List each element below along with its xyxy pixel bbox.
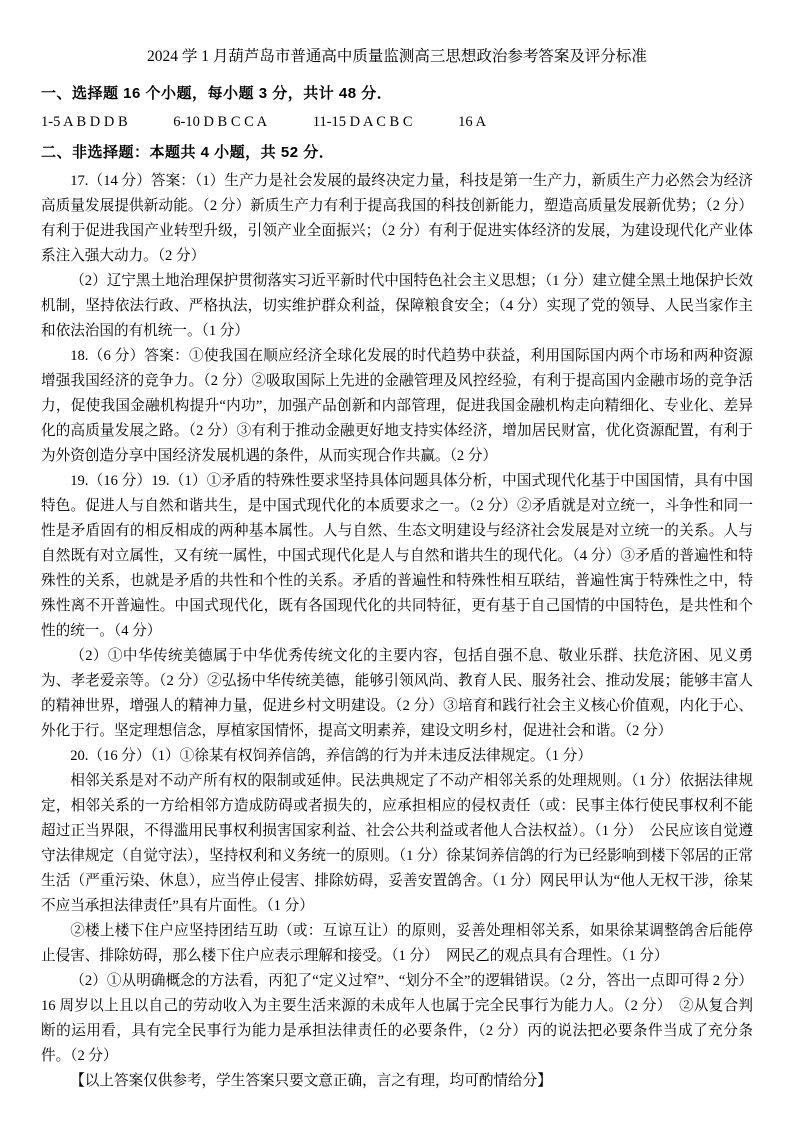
answer-17-part1: 17.（14 分）答案：（1）生产力是社会发展的最终决定力量，科技是第一生产力，… [41, 169, 753, 269]
document-title: 2024 学 1 月葫芦岛市普通高中质量监测高三思想政治参考答案及评分标准 [41, 46, 753, 68]
section1-heading: 一、选择题 16 个小题，每小题 3 分，共计 48 分． [41, 81, 753, 106]
answer-19-part2: （2）①中华传统美德属于中华优秀传统文化的主要内容，包括自强不息、敬业乐群、扶危… [41, 644, 753, 744]
answer-17-part2: （2）辽宁黑土地治理保护贯彻落实习近平新时代中国特色社会主义思想；（1 分）建立… [41, 269, 753, 344]
answer-18: 18.（6 分）答案：①使我国在顺应经济全球化发展的时代趋势中获益，利用国际国内… [41, 344, 753, 469]
choice-answers-line: 1-5 A B D D B 6-10 D B C C A 11-15 D A C… [41, 110, 753, 135]
document-page: 2024 学 1 月葫芦岛市普通高中质量监测高三思想政治参考答案及评分标准 一、… [0, 0, 794, 1123]
answers-group-11-15: 11-15 D A C B C [313, 110, 413, 135]
answers-group-16: 16 A [458, 110, 486, 135]
answers-group-1-5: 1-5 A B D D B [41, 110, 128, 135]
answer-20-part1: 20.（16 分）（1）①徐某有权饲养信鸽，养信鸽的行为并未违反法律规定。（1 … [41, 744, 753, 769]
grading-note: 【以上答案仅供参考，学生答案只要文意正确，言之有理，均可酌情给分】 [41, 1069, 753, 1094]
answer-20-part1-item2: ②楼上楼下住户应坚持团结互助（或：互谅互让）的原则，妥善处理相邻关系，如果徐某调… [41, 919, 753, 969]
answer-20-part1-detail: 相邻关系是对不动产所有权的限制或延伸。民法典规定了不动产相邻关系的处理规则。（1… [41, 769, 753, 919]
answer-19-part1: 19.（16 分）19.（1）①矛盾的特殊性要求坚持具体问题具体分析，中国式现代… [41, 469, 753, 644]
answer-20-part2: （2）①从明确概念的方法看，丙犯了“定义过窄”、“划分不全”的逻辑错误。（2 分… [41, 969, 753, 1069]
section2-heading: 二、非选择题：本题共 4 小题，共 52 分． [41, 140, 753, 165]
answers-group-6-10: 6-10 D B C C A [173, 110, 267, 135]
